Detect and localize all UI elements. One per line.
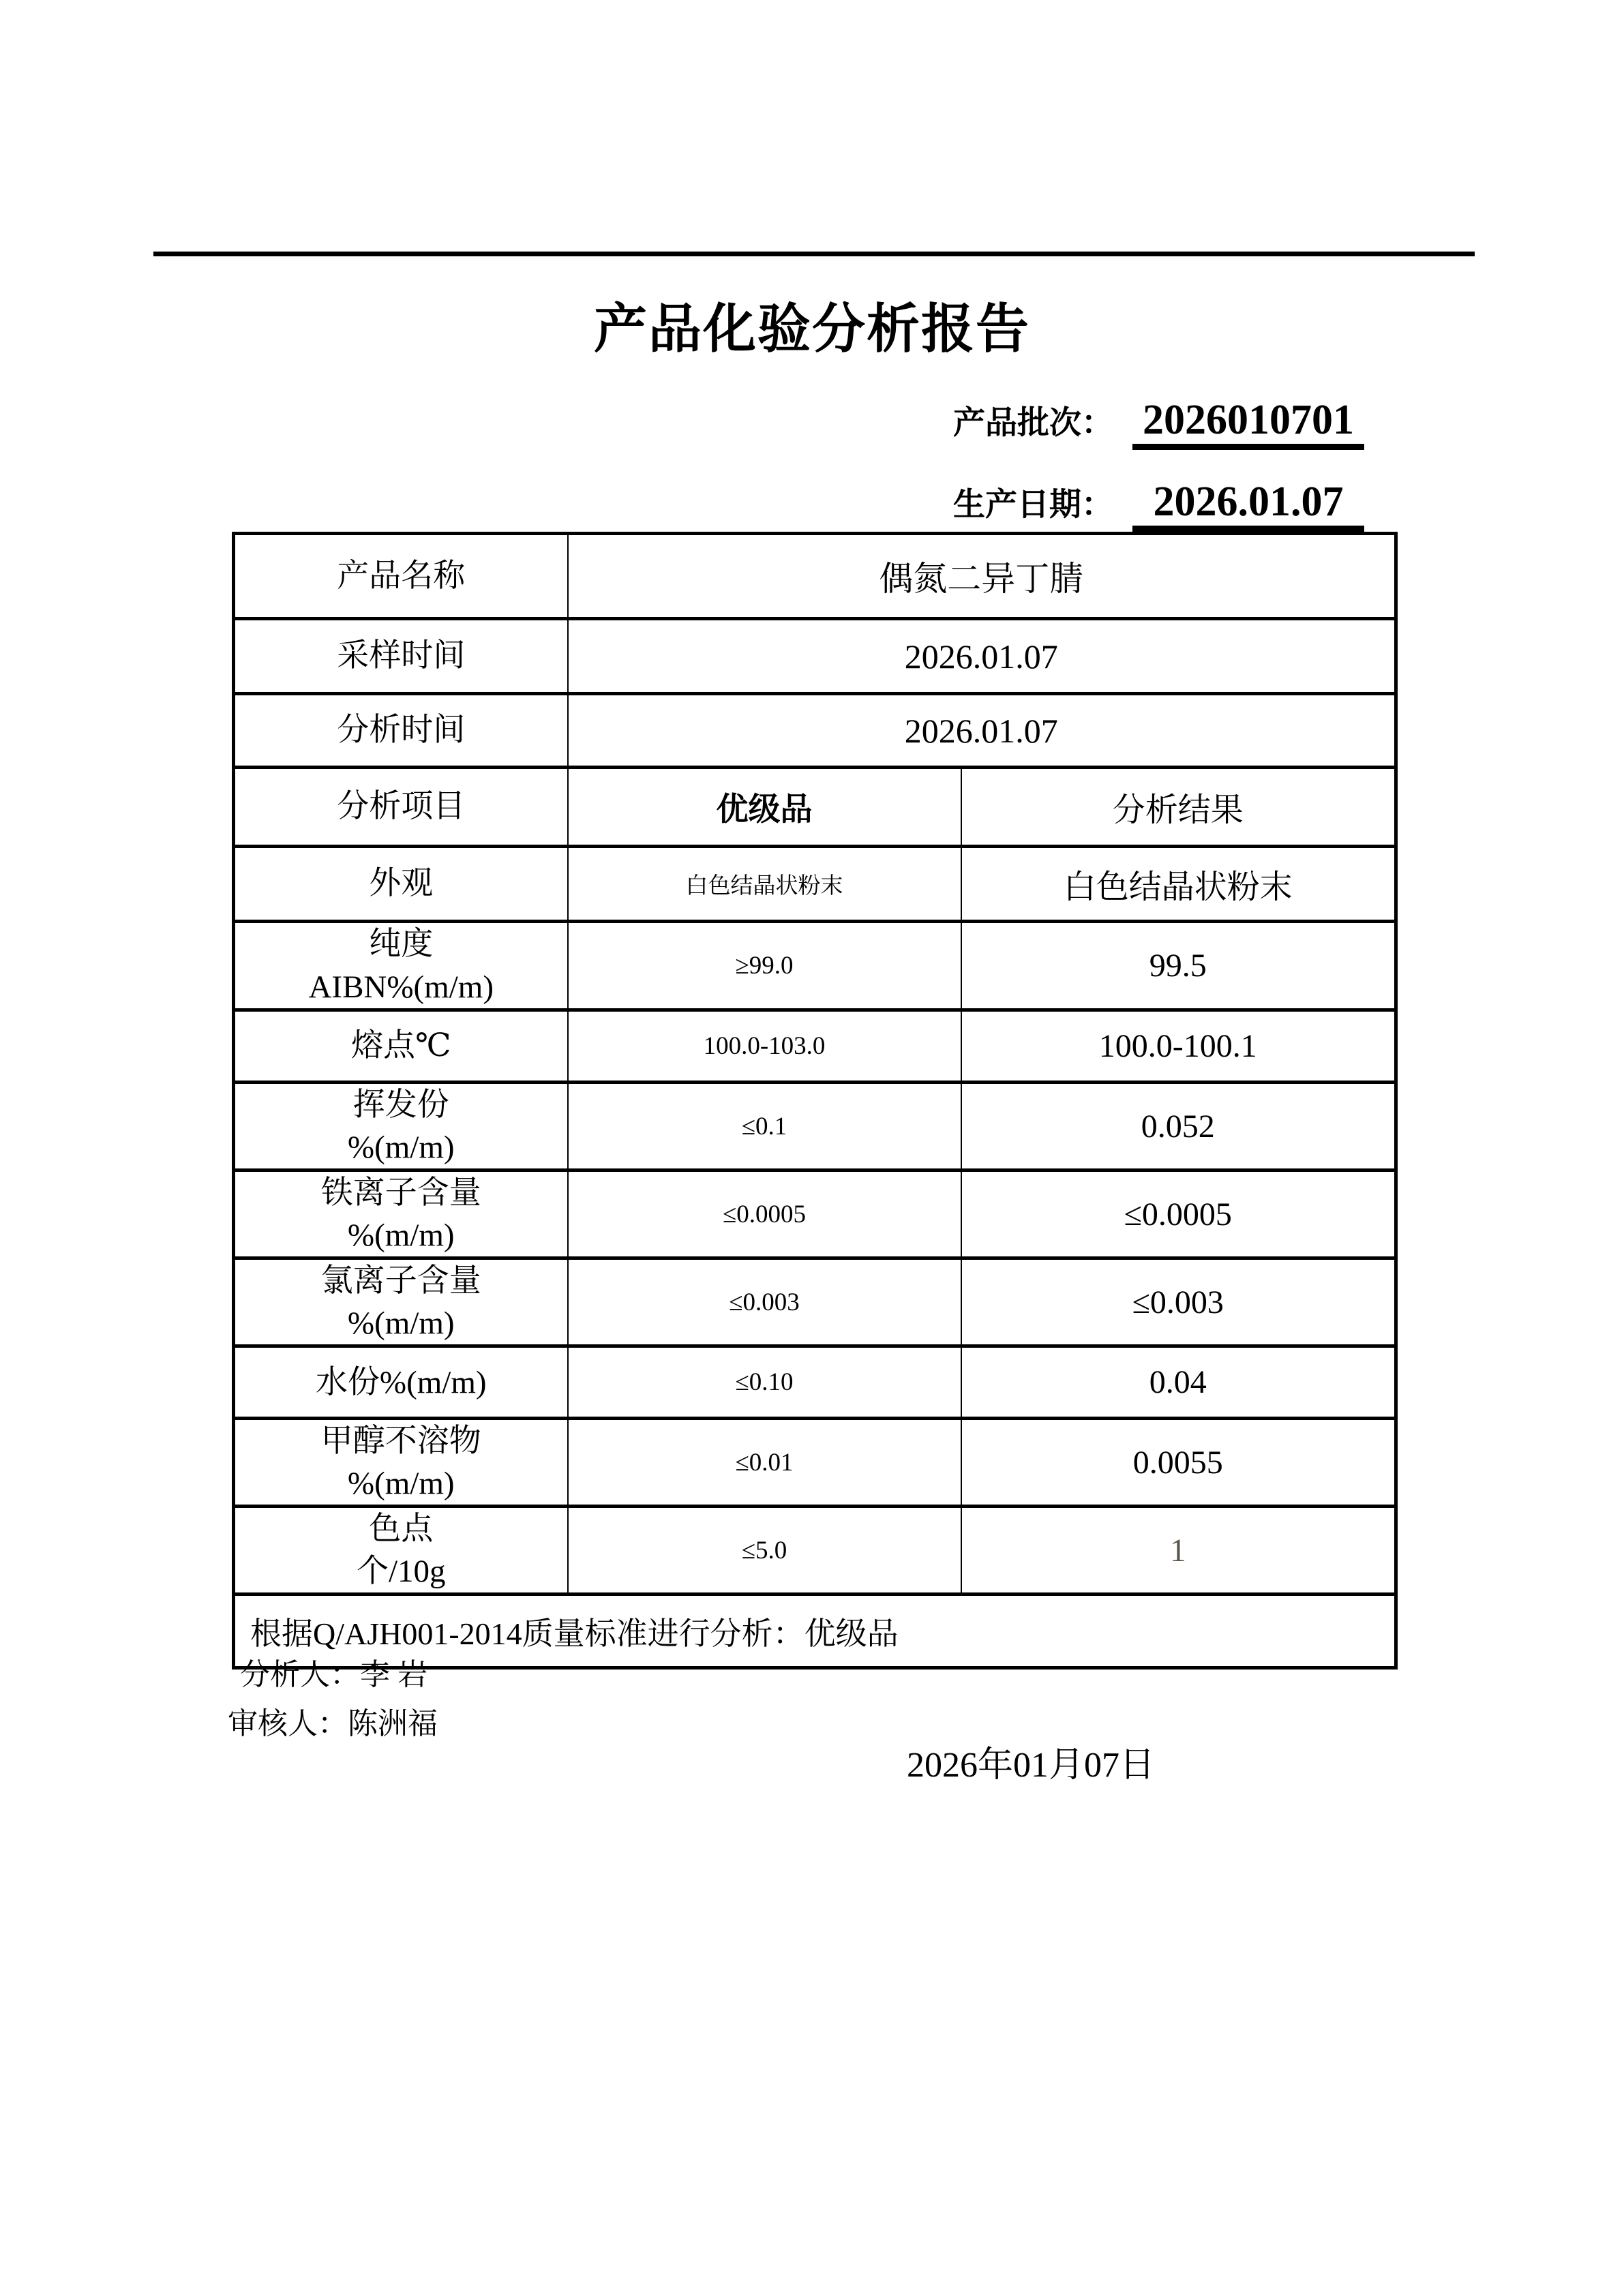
- row-label: 水份%(m/m): [234, 1346, 568, 1419]
- table-row-methanol-insolubles: 甲醇不溶物 %(m/m) ≤0.01 0.0055: [234, 1419, 1396, 1507]
- spec-value: ≤0.01: [568, 1419, 961, 1507]
- spec-value: ≤0.10: [568, 1346, 961, 1419]
- batch-value: 2026010701: [1132, 399, 1364, 450]
- page-title: 产品化验分析报告: [0, 286, 1624, 363]
- table-row-appearance: 外观 白色结晶状粉末 白色结晶状粉末: [234, 847, 1396, 922]
- spec-value: ≤0.1: [568, 1083, 961, 1170]
- table-row-analysis-time: 分析时间 2026.01.07: [234, 694, 1396, 768]
- table-row-iron-ion: 铁离子含量 %(m/m) ≤0.0005 ≤0.0005: [234, 1170, 1396, 1258]
- spec-value: 100.0-103.0: [568, 1010, 961, 1083]
- production-date-value: 2026.01.07: [1132, 481, 1364, 532]
- row-label: 色点 个/10g: [234, 1507, 568, 1595]
- result-value: 0.052: [961, 1083, 1396, 1170]
- row-label: 挥发份 %(m/m): [234, 1083, 568, 1170]
- result-value: ≤0.003: [961, 1258, 1396, 1346]
- row-label: 纯度 AIBN%(m/m): [234, 922, 568, 1010]
- row-label: 甲醇不溶物 %(m/m): [234, 1419, 568, 1507]
- table-row-chloride-ion: 氯离子含量 %(m/m) ≤0.003 ≤0.003: [234, 1258, 1396, 1346]
- row-label: 铁离子含量 %(m/m): [234, 1170, 568, 1258]
- result-value: ≤0.0005: [961, 1170, 1396, 1258]
- table-row-volatiles: 挥发份 %(m/m) ≤0.1 0.052: [234, 1083, 1396, 1170]
- result-value: 99.5: [961, 922, 1396, 1010]
- row-label: 分析时间: [234, 694, 568, 768]
- table-row-moisture: 水份%(m/m) ≤0.10 0.04: [234, 1346, 1396, 1419]
- reviewer-line: 审核人：陈洲福: [228, 1699, 438, 1742]
- table-row-purity: 纯度 AIBN%(m/m) ≥99.0 99.5: [234, 922, 1396, 1010]
- spec-value: ≤0.003: [568, 1258, 961, 1346]
- result-value: 白色结晶状粉末: [961, 847, 1396, 922]
- table-row-color-points: 色点 个/10g ≤5.0 1: [234, 1507, 1396, 1595]
- row-label: 氯离子含量 %(m/m): [234, 1258, 568, 1346]
- spec-value: ≤0.0005: [568, 1170, 961, 1258]
- header-analysis-item: 分析项目: [234, 768, 568, 847]
- result-value: 1: [961, 1507, 1396, 1595]
- reviewer-label: 审核人：: [228, 1707, 348, 1740]
- spec-value: 白色结晶状粉末: [568, 847, 961, 922]
- batch-label: 产品批次：: [953, 397, 1113, 443]
- header-premium-grade: 优级品: [568, 768, 961, 847]
- analysis-table: 产品名称 偶氮二异丁腈 采样时间 2026.01.07 分析时间 2026.01…: [232, 532, 1398, 1670]
- product-name-value: 偶氮二异丁腈: [568, 534, 1396, 619]
- row-label: 熔点℃: [234, 1010, 568, 1083]
- report-date: 2026年01月07日: [907, 1736, 1155, 1787]
- table-row-product-name: 产品名称 偶氮二异丁腈: [234, 534, 1396, 619]
- batch-line: 产品批次： 2026010701: [953, 397, 1364, 450]
- analyst-name: 李 岩: [360, 1658, 427, 1691]
- table-header-row: 分析项目 优级品 分析结果: [234, 768, 1396, 847]
- sampling-time-value: 2026.01.07: [568, 619, 1396, 694]
- row-label: 外观: [234, 847, 568, 922]
- result-value: 100.0-100.1: [961, 1010, 1396, 1083]
- report-page: 产品化验分析报告 产品批次： 2026010701 生产日期： 2026.01.…: [0, 0, 1624, 2296]
- reviewer-name: 陈洲福: [348, 1707, 438, 1740]
- header-analysis-result: 分析结果: [961, 768, 1396, 847]
- analysis-time-value: 2026.01.07: [568, 694, 1396, 768]
- spec-value: ≤5.0: [568, 1507, 961, 1595]
- result-value: 0.04: [961, 1346, 1396, 1419]
- table-row-melting-point: 熔点℃ 100.0-103.0 100.0-100.1: [234, 1010, 1396, 1083]
- spec-value: ≥99.0: [568, 922, 961, 1010]
- row-label: 产品名称: [234, 534, 568, 619]
- top-horizontal-rule: [153, 252, 1475, 256]
- analyst-label: 分析人：: [240, 1658, 360, 1691]
- analyst-line: 分析人：李 岩: [240, 1650, 427, 1693]
- result-value: 0.0055: [961, 1419, 1396, 1507]
- table-row-sampling-time: 采样时间 2026.01.07: [234, 619, 1396, 694]
- production-date-line: 生产日期： 2026.01.07: [953, 479, 1364, 532]
- row-label: 采样时间: [234, 619, 568, 694]
- production-date-label: 生产日期：: [953, 479, 1113, 525]
